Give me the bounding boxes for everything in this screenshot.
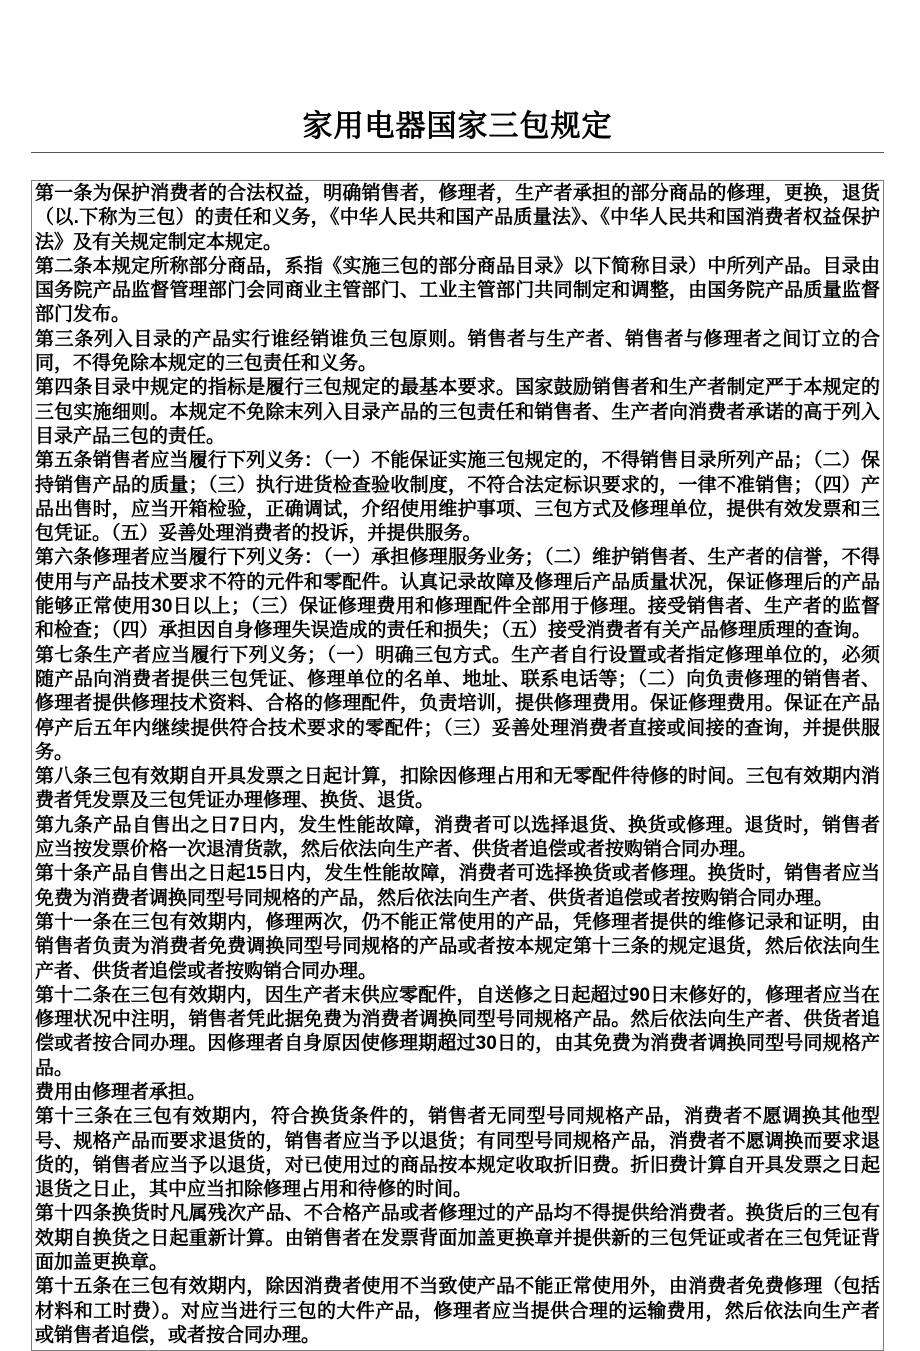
article-paragraph-15: 第十五条在三包有效期内，除因消费者使用不当致使产品不能正常使用外，由消费者免费修… <box>35 1275 880 1348</box>
article-paragraph-12: 第十二条在三包有效期内，因生产者末供应零配件，自送修之日起超过90日末修好的，修… <box>35 984 880 1081</box>
article-paragraph-10: 第十条产品自售出之日起15日内，发生性能故障，消费者可选择换货或者修理。换货时，… <box>35 862 880 911</box>
article-paragraph-14: 第十四条换货时凡属残次产品、不合格产品或者修理过的产品均不得提供给消费者。换货后… <box>35 1202 880 1275</box>
article-paragraph-12-fee-note: 费用由修理者承担。 <box>35 1081 880 1105</box>
document-title: 家用电器国家三包规定 <box>31 110 884 144</box>
article-paragraph-3: 第三条列入目录的产品实行谁经销谁负三包原则。销售者与生产者、销售者与修理者之间订… <box>35 328 880 377</box>
article-paragraph-7: 第七条生产者应当履行下列义务；（一）明确三包方式。生产者自行设置或者指定修理单位… <box>35 644 880 765</box>
document-page: 家用电器国家三包规定 第一条为保护消费者的合法权益，明确销售者，修理者，生产者承… <box>0 0 920 1303</box>
article-paragraph-5: 第五条销售者应当履行下列义务：（一）不能保证实施三包规定的，不得销售目录所列产品… <box>35 449 880 546</box>
article-paragraph-9: 第九条产品自售出之日7日内，发生性能故障，消费者可以选择退货、换货或修理。退货时… <box>35 814 880 863</box>
article-paragraph-11: 第十一条在三包有效期内，修理两次，仍不能正常使用的产品，凭修理者提供的维修记录和… <box>35 911 880 984</box>
document-body: 第一条为保护消费者的合法权益，明确销售者，修理者，生产者承担的部分商品的修理，更… <box>31 180 884 1351</box>
article-paragraph-1: 第一条为保护消费者的合法权益，明确销售者，修理者，生产者承担的部分商品的修理，更… <box>35 182 880 255</box>
article-paragraph-4: 第四条目录中规定的指标是履行三包规定的最基本要求。国家鼓励销售者和生产者制定严于… <box>35 376 880 449</box>
title-divider <box>31 152 884 153</box>
article-paragraph-6: 第六条修理者应当履行下列义务：（一）承担修理服务业务；（二）维护销售者、生产者的… <box>35 546 880 643</box>
article-paragraph-8: 第八条三包有效期自开具发票之日起计算，扣除因修理占用和无零配件待修的时间。三包有… <box>35 765 880 814</box>
article-paragraph-13: 第十三条在三包有效期内，符合换货条件的，销售者无同型号同规格产品，消费者不愿调换… <box>35 1105 880 1202</box>
article-paragraph-2: 第二条本规定所称部分商品，系指《实施三包的部分商品目录》以下简称目录）中所列产品… <box>35 255 880 328</box>
